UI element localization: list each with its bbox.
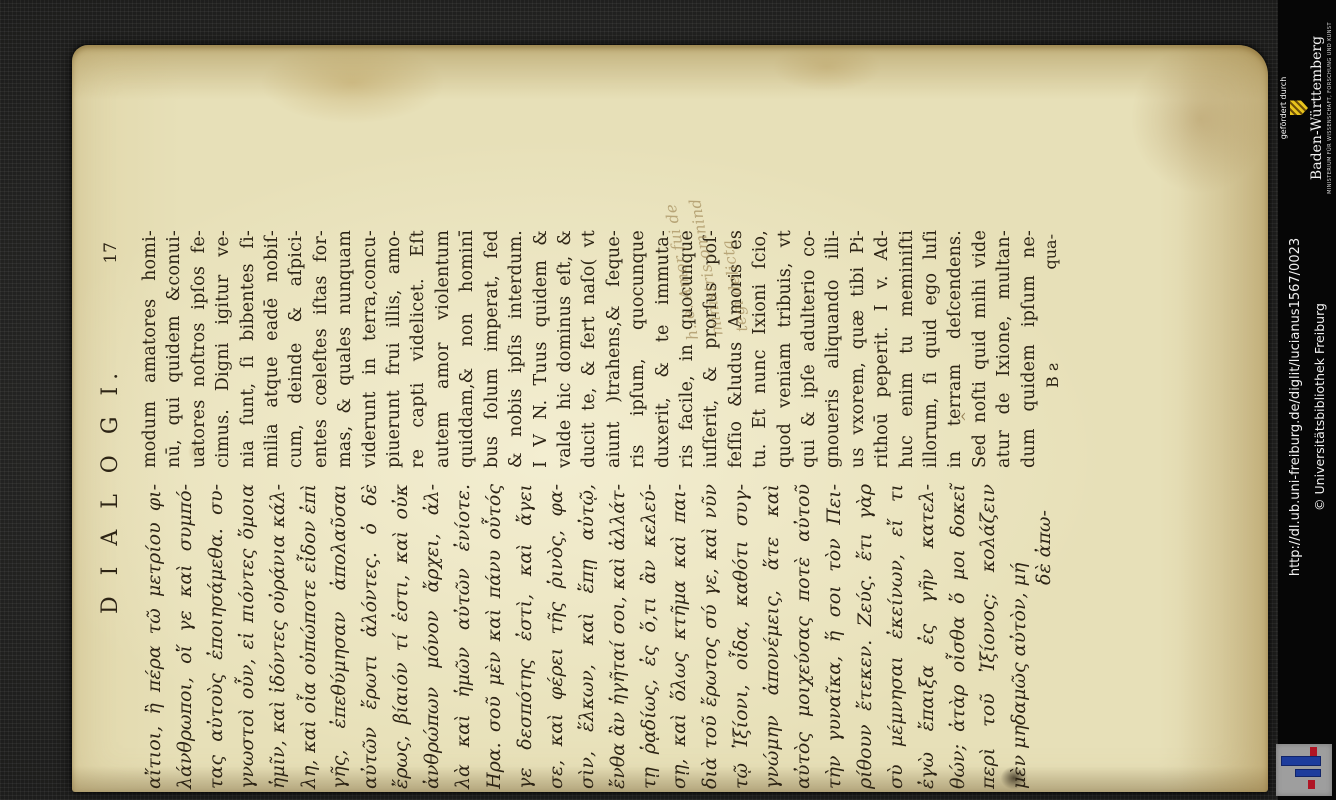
book-page-wrapper: D I A L O G I. 17 αἴτιοι, ἢ πέρα τῶ μετρ…: [72, 45, 1268, 792]
latin-text-line: viderunt in terra,concu-: [358, 230, 382, 468]
latin-text-line: valde hic dominus eſt, &: [553, 230, 577, 468]
greek-text-line: λη, καὶ οἷα οὐπώποτε εἶδον ἐπὶ: [294, 484, 325, 789]
greek-text-line: ρίθουν ἔτεκεν. Ζεύς. ἔτι γὰρ: [850, 484, 881, 789]
greek-column: αἴτιοι, ἢ πέρα τῶ μετρίου φι-λάνθρωποι, …: [139, 484, 1035, 789]
latin-text-line: ducit te, & fert naſo( vt: [577, 230, 601, 468]
funder-name: Baden-Württemberg: [1309, 36, 1326, 180]
greek-text-line: γνώμην ἀπονέμεις, ἅτε καὶ: [757, 484, 788, 789]
running-title: D I A L O G I.: [98, 366, 123, 614]
latin-text-line: in terram deſcendens.: [943, 230, 967, 468]
gathering-signature: B ƨ: [1043, 363, 1062, 388]
greek-text-line: σε, καὶ φέρει τῆς ῥινὸς, φα-: [541, 484, 572, 789]
scanned-book-viewer: D I A L O G I. 17 αἴτιοι, ἢ πέρα τῶ μετρ…: [0, 0, 1336, 800]
ink-blot: [1000, 766, 1028, 790]
latin-text-line: quiddam,& non hominī: [455, 230, 479, 468]
latin-text-line: dum quidem ipſum ne-: [1017, 230, 1041, 468]
greek-catchword: δὲ ἀπω-: [1033, 510, 1055, 585]
latin-text-line: rithoū peperit. I v. Ad-: [870, 230, 894, 468]
latin-text-line: nū, qui quidem &conui-: [162, 230, 186, 468]
copyright-notice: © Universitätsbibliothek Freiburg: [1309, 303, 1331, 511]
latin-text-line: quod veniam tribuis, vt: [773, 230, 797, 468]
greek-text-line: μὲν μηδαμῶς αὐτὸν, μή: [1004, 484, 1035, 789]
greek-text-line: γῆς, ἐπεθύμησαν ἀπολαῦσαι: [324, 484, 355, 789]
greek-text-line: διὰ τοῦ ἔρωτος σύ γε, καὶ νῦν: [695, 484, 726, 789]
page-number: 17: [101, 242, 121, 264]
latin-text-line: re capti videlicet. Eſt: [406, 230, 430, 468]
latin-text-line: cum, deinde & aſpici-: [284, 230, 308, 468]
greek-text-line: σὶν, ἕλκων, καὶ ἕπῃ αὐτῷ,: [572, 484, 603, 789]
handwritten-caret-mark: ^: [960, 411, 975, 422]
logo-red-bar-bottom: [1308, 780, 1315, 789]
paper-edge-toning: [1158, 45, 1268, 792]
greek-text-line: τας αὐτοὺς ἐποιησάμεθα. συ-: [201, 484, 232, 789]
latin-text-line: Sed noſti quid mihi vide: [968, 230, 992, 468]
source-attribution-block: http://dl.ub.uni-freiburg.de/diglit/luci…: [1278, 194, 1336, 620]
greek-text-line: σῃ, καὶ ὅλως κτῆμα καὶ παι-: [664, 484, 695, 789]
latin-text-line: aiunt )trahens,& ſeque-: [602, 230, 626, 468]
latin-text-line: entes cœleſtes iſtas for-: [309, 230, 333, 468]
latin-column: modum amatores homi-nū, qui quidem &conu…: [138, 230, 1041, 468]
latin-catchword: qua-: [1041, 234, 1060, 270]
book-page: D I A L O G I. 17 αἴτιοι, ἢ πέρα τῶ μετρ…: [72, 45, 1268, 792]
latin-text-line: atur de Ixione, multan-: [992, 230, 1016, 468]
source-attribution-inner: http://dl.ub.uni-freiburg.de/diglit/luci…: [1278, 194, 1336, 620]
greek-text-line: Ηρα. σοῦ μὲν καὶ πάνυ οὗτός: [479, 484, 510, 789]
latin-text-line: mas, & quales nunquam: [333, 230, 357, 468]
latin-text-line: qui & ipſe adulterio co-: [797, 230, 821, 468]
ub-freiburg-logo: [1276, 744, 1332, 796]
greek-text-line: λάνθρωποι, οἵ γε καὶ συμπό-: [170, 484, 201, 789]
latin-text-line: milia atque eadē nobiſ-: [260, 230, 284, 468]
greek-text-line: ἀνθρώπων μόνον ἄρχει, ἀλ-: [417, 484, 448, 789]
funder-block-inner: gefördert durch Baden-Württemberg MINIST…: [1278, 22, 1336, 194]
greek-text-line: σὺ μέμνησαι ἐκείνων, εἴ τι: [881, 484, 912, 789]
greek-text-line: τὴν γυναῖκα, ἥ σοι τὸν Πει-: [819, 484, 850, 789]
latin-text-line: gnoueris aliquando illi-: [821, 230, 845, 468]
latin-text-line: bus ſolum imperat, ſed: [480, 230, 504, 468]
paper-stain: [772, 42, 882, 92]
paper-stain: [260, 42, 445, 124]
greek-text-line: ἐγὼ ἔπαιξα ἐς γῆν κατελ-: [912, 484, 943, 789]
logo-blue-bar-long: [1281, 756, 1321, 766]
greek-text-line: θών; ἀτὰρ οἶσθα ὅ μοι δοκεῖ: [943, 484, 974, 789]
greek-text-line: ἡμῖν, καὶ ἰδόντες οὐράνια κάλ-: [263, 484, 294, 789]
latin-text-line: tu. Et nunc Ixioni ſcio,: [748, 230, 772, 468]
signature-line: B ƨ qua-: [1043, 230, 1069, 468]
greek-text-line: περὶ τοῦ Ἰξίονος; κολάζειν: [973, 484, 1004, 789]
latin-text-line: illorum, ſi quid ego luſi: [919, 230, 943, 468]
funder-ministry: MINISTERIUM FÜR WISSENSCHAFT, FORSCHUNG …: [1326, 22, 1335, 194]
greek-text-line: ἔρως, βίαιόν τί ἐστι, καὶ οὐκ: [386, 484, 417, 789]
greek-text-line: αὐτῶν ἔρωτι ἁλόντες. ὁ δὲ: [355, 484, 386, 789]
latin-text-line: ris ipſum, quocunque: [626, 230, 650, 468]
baden-wuerttemberg-crest-icon: [1290, 101, 1308, 116]
greek-text-line: αἴτιοι, ἢ πέρα τῶ μετρίου φι-: [139, 484, 170, 789]
greek-text-line: γε δεσπότης ἐστὶ, καὶ ἄγει: [510, 484, 541, 789]
latin-text-line: I V N. Tuus quidem &: [529, 230, 553, 468]
latin-text-line: nia ſunt, ſi bibentes ſi-: [236, 230, 260, 468]
latin-text-line: uatores noſtros ipſos fe-: [187, 230, 211, 468]
greek-text-line: αὐτὸς μοιχεύσας ποτὲ αὐτοῦ: [788, 484, 819, 789]
greek-text-line: τῷ Ἰξίονι, οἶδα, καθότι συγ-: [726, 484, 757, 789]
greek-text-line: ἔνθα ἂν ἡγῆταί σοι, καὶ ἀλλάτ-: [603, 484, 634, 789]
latin-text-line: us vxorem, quæ tibi Pi-: [846, 230, 870, 468]
greek-text-line: λὰ καὶ ἡμῶν αὐτῶν ἐνίοτε.: [448, 484, 479, 789]
latin-text-line: modum amatores homi-: [138, 230, 162, 468]
page-header: D I A L O G I. 17: [98, 228, 134, 790]
greek-text-line: γνωστοὶ οὖν, εἰ πιόντες ὅμοια: [232, 484, 263, 789]
latin-text-line: huc enim tu meminiſti: [895, 230, 919, 468]
funding-label: gefördert durch: [1278, 77, 1289, 140]
latin-text-line: cimus. Digni igitur ve-: [211, 230, 235, 468]
source-url: http://dl.ub.uni-freiburg.de/diglit/luci…: [1283, 238, 1309, 576]
logo-blue-bar-short: [1295, 769, 1321, 777]
greek-text-line: τῃ ῥᾳδίως, ἐς ὅ,τι ἂν κελεύ-: [634, 484, 665, 789]
latin-text-line: & nobis ipſis interdum.: [504, 230, 528, 468]
funder-block: gefördert durch Baden-Württemberg MINIST…: [1278, 22, 1336, 194]
latin-text-line: piuerunt frui illis, amo-: [382, 230, 406, 468]
latin-text-line: autem amor violentum: [431, 230, 455, 468]
